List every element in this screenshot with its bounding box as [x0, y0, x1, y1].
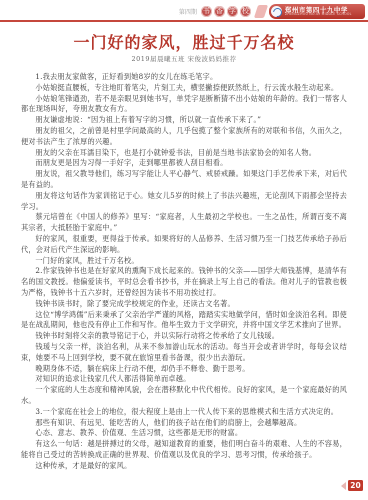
page-number: 20 — [348, 480, 363, 491]
paragraph: 蔡元培曾在《中国人的修养》里写：“家庭者，人生最初之学校也。一生之品性，所谓百变… — [21, 212, 347, 234]
school-subtitle: ZHENGZHOU NO.49 MIDDLE SCHOOL — [285, 13, 352, 16]
paragraph: 朋友说，祖父教导他们，练习写字能让人平心静气、戒骄戒躁。如果这门手艺传承下来，对… — [21, 169, 347, 191]
paragraph: 朋友将这句话作为家训铭记于心。她女儿5岁的时候上了书法兴趣班，无论刮风下雨都会坚… — [21, 191, 347, 213]
school-banner: 郑州市第四十九中学 ZHENGZHOU NO.49 MIDDLE SCHOOL — [269, 4, 365, 19]
paragraph: 这位“博学鸿儒”后来秉承了父亲治学严谨的风格，踏踏实实地做学问，惜时如金淡泊名利… — [21, 310, 347, 332]
page-header: 第四期 书香学校 郑州市第四十九中学 ZHENGZHOU NO.49 MIDDL… — [0, 3, 365, 20]
header-badges: 书香学校 — [201, 6, 251, 17]
paragraph: 朋友谦虚地说：“因为祖上有着写字的习惯，所以就一直传承下来了。” — [21, 115, 347, 126]
section-badge: 校 — [240, 6, 251, 17]
article-title: 一门好的家风，胜过千万名校 — [0, 30, 368, 53]
paragraph: 那些有知识、有远见、能吃苦的人，他们的孩子站在他们的肩膀上，会越攀越高。 — [21, 418, 347, 429]
issue-label: 第四期 — [179, 7, 197, 16]
paragraph: 朋友的父亲在耳濡目染下，也是打小就钟爱书法，目前是当地书法家协会的知名人物。 — [21, 148, 347, 159]
paragraph: 3.一个家庭在社会上的地位，很大程度上是由上一代人传下来的思维模式和生活方式决定… — [21, 407, 347, 418]
paragraph: 小姑娘笔锋遒劲，若不是亲眼见到她书写，单凭字是断断猜不出小姑娘的年龄的。我们一帮… — [21, 94, 347, 116]
paragraph: 2.作家钱钟书也是在好家风的熏陶下成长起来的。钱钟书的父亲——国学大师钱基博，是… — [21, 266, 347, 298]
section-badge: 学 — [227, 6, 238, 17]
decorative-stripe — [254, 5, 268, 18]
paragraph: 朋友的祖父，之前曾是村里学问最高的人，几乎包揽了整个家族所有的对联和书信，久而久… — [21, 126, 347, 148]
paragraph: 1.我去朋友家做客，正好看到她8岁的女儿在练毛笔字。 — [21, 72, 347, 83]
paragraph: 对知识的追求让钱家几代人都活得简单而卓越。 — [21, 374, 347, 385]
paragraph: 一个家庭的人生态度和精神风貌，会在潜移默化中代代相传。良好的家风，是一个家庭最好… — [21, 385, 347, 407]
header-divider — [0, 20, 368, 22]
article-byline: 2019届晨曦五班 宋俊波妈妈推荐 — [0, 54, 368, 63]
paragraph: 一门好的家风，胜过千万名校。 — [21, 256, 347, 267]
paragraph: 晚期身体不适，躺在病床上行动不便，却仍手不释卷、勤于思考。 — [21, 364, 347, 375]
paragraph: 有这么一句话：越是拼搏过的父母，越知道教育的重要，他们明白奋斗的艰难、人生的不容… — [21, 439, 347, 461]
paragraph: 好的家风，很重要，更得益于传承。如果将好的人品修养、生活习惯乃至一门技艺传承给子… — [21, 234, 347, 256]
article-body: 1.我去朋友家做客，正好看到她8岁的女儿在练毛笔字。小姑娘挺直腰板，专注地盯着笔… — [21, 72, 347, 471]
paragraph: 小姑娘挺直腰板，专注地盯着笔尖，片刻工夫，横竖撇捺便跃然纸上，行云流水般生动起来… — [21, 83, 347, 94]
school-banner-text: 郑州市第四十九中学 ZHENGZHOU NO.49 MIDDLE SCHOOL — [285, 7, 359, 17]
paragraph: 钱钟书时刻将父亲的教导铭记于心，并以实际行动将之传承给了女儿钱瑗。 — [21, 331, 347, 342]
paragraph: 心态、意志、教养、价值观、生活习惯，这些都是无形的财富。 — [21, 428, 347, 439]
paragraph: 钱瑗与父亲一样，淡泊名利，从来不参加游山玩水的活动。每当开会或者讲学时，每每会议… — [21, 342, 347, 364]
paragraph: 这种传承，才是最好的家风。 — [21, 461, 347, 472]
section-badge: 香 — [214, 6, 225, 17]
section-badge: 书 — [201, 6, 212, 17]
page-footer: 20 — [341, 480, 363, 491]
paragraph: 钱钟书读书时，除了要完成学校规定的作业，还读古文名著。 — [21, 299, 347, 310]
page-arrow-icon — [341, 482, 346, 490]
school-logo-icon — [271, 6, 282, 17]
paragraph: 而朋友更是因为习得一手好字，走到哪里都被人刮目相看。 — [21, 158, 347, 169]
